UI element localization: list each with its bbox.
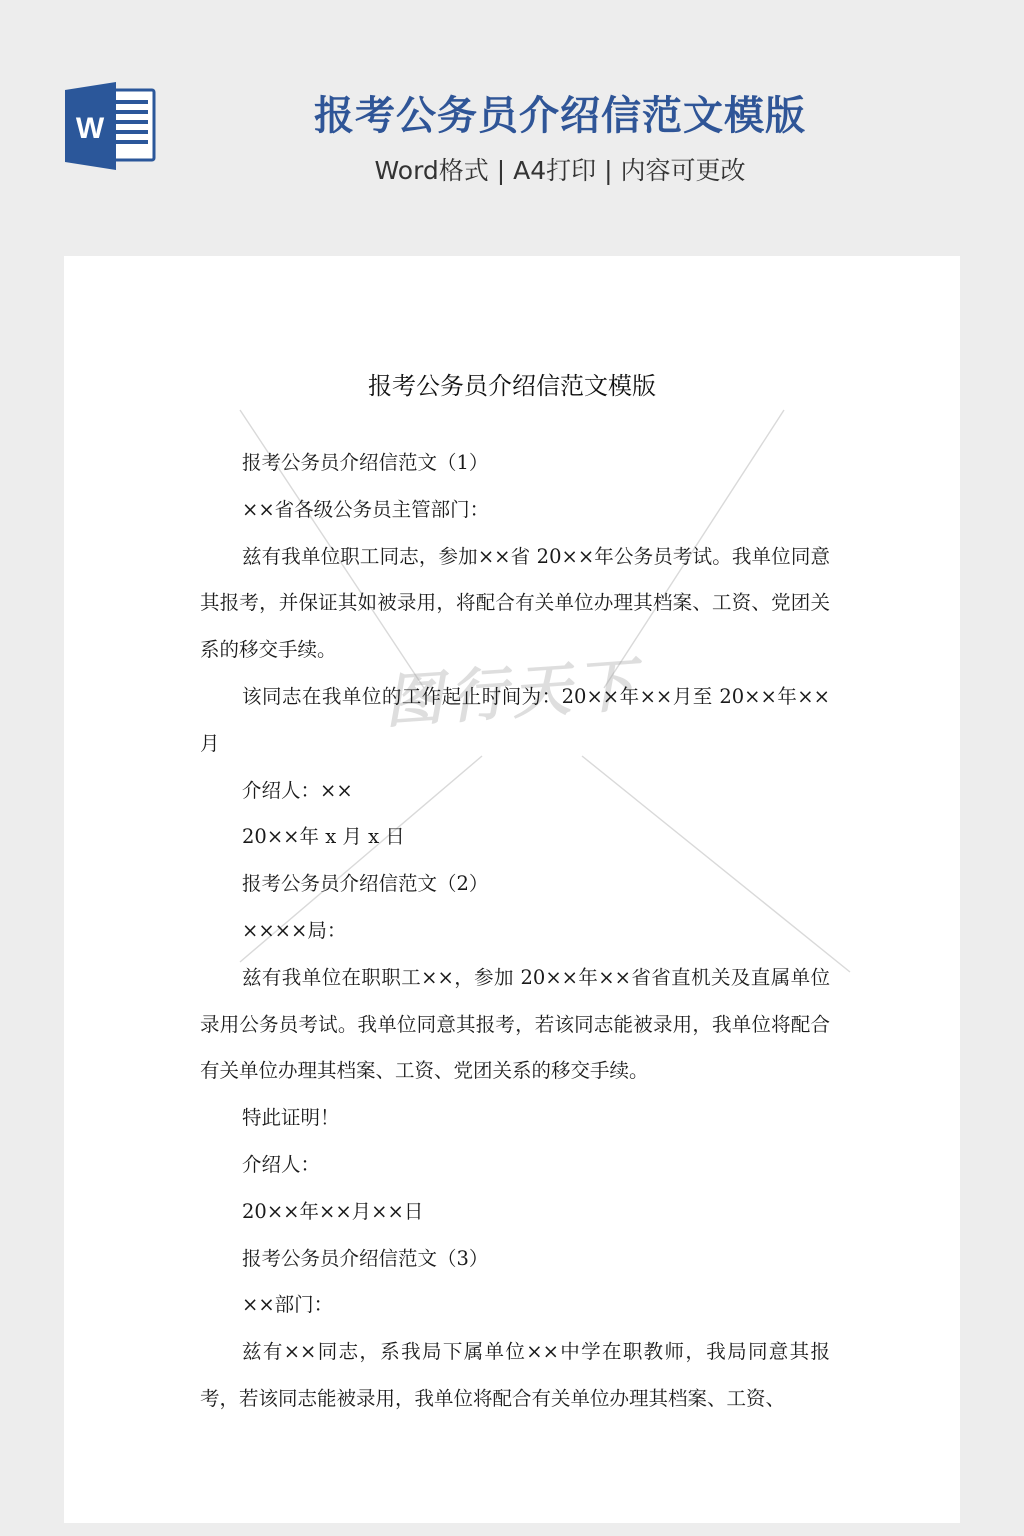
document-title: 报考公务员介绍信范文模版 <box>64 368 960 404</box>
svg-text:W: W <box>76 112 105 145</box>
document-body: 报考公务员介绍信范文（1） ××省各级公务员主管部门： 兹有我单位职工同志，参加… <box>200 440 830 1423</box>
paragraph-period-1: 该同志在我单位的工作起止时间为：20××年××月至 20××年××月 <box>200 674 830 768</box>
paragraph-body-1: 兹有我单位职工同志，参加××省 20××年公务员考试。我单位同意其报考，并保证其… <box>200 534 830 674</box>
paragraph-body-3: 兹有××同志，系我局下属单位××中学在职教师，我局同意其报考，若该同志能被录用，… <box>200 1329 830 1423</box>
paragraph-certify-2: 特此证明！ <box>200 1095 830 1142</box>
paragraph-heading-1: 报考公务员介绍信范文（1） <box>200 440 830 487</box>
paragraph-introducer-2: 介绍人： <box>200 1142 830 1189</box>
paragraph-introducer-1: 介绍人：×× <box>200 768 830 815</box>
header-subtitle: Word格式 | A4打印 | 内容可更改 <box>250 153 870 189</box>
paragraph-body-2: 兹有我单位在职职工××，参加 20××年××省省直机关及直属单位录用公务员考试。… <box>200 955 830 1095</box>
paragraph-date-1: 20××年 x 月 x 日 <box>200 814 830 861</box>
paragraph-recipient-2: ××××局： <box>200 908 830 955</box>
paragraph-heading-3: 报考公务员介绍信范文（3） <box>200 1236 830 1283</box>
paragraph-recipient-3: ××部门： <box>200 1282 830 1329</box>
paragraph-date-2: 20××年××月××日 <box>200 1189 830 1236</box>
word-document-icon: W <box>64 80 156 172</box>
paragraph-recipient-1: ××省各级公务员主管部门： <box>200 487 830 534</box>
header-title: 报考公务员介绍信范文模版 <box>250 90 870 142</box>
document-page: 图行天下 报考公务员介绍信范文模版 报考公务员介绍信范文（1） ××省各级公务员… <box>64 256 960 1523</box>
paragraph-heading-2: 报考公务员介绍信范文（2） <box>200 861 830 908</box>
header-banner: W 报考公务员介绍信范文模版 Word格式 | A4打印 | 内容可更改 <box>0 0 1024 256</box>
